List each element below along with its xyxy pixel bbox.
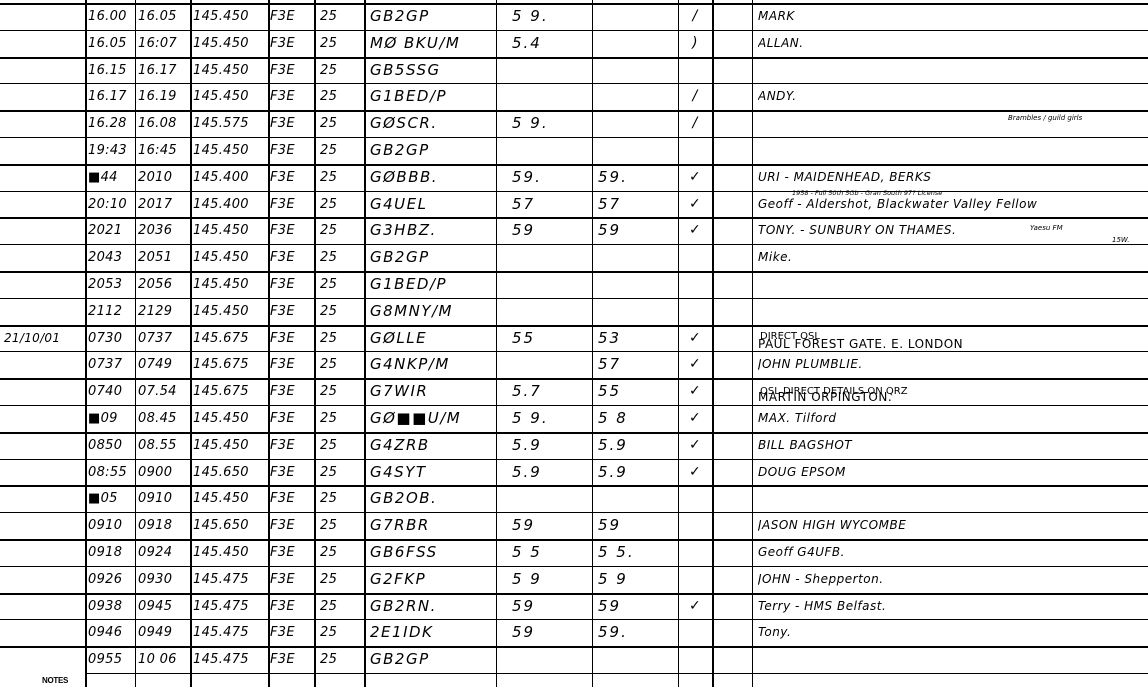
rst-sent: 59 bbox=[512, 217, 582, 244]
rst-received: 55 bbox=[598, 378, 668, 405]
table-row: 16.0016.05145.450F3E25GB2GP5 9./MARK bbox=[0, 3, 1148, 30]
qsl-mark: ✓ bbox=[680, 217, 710, 244]
remarks: JASON HIGH WYCOMBE bbox=[758, 512, 1146, 539]
time-off: 16.19 bbox=[138, 83, 190, 110]
log-date bbox=[4, 30, 82, 57]
time-off: 2036 bbox=[138, 217, 190, 244]
log-date bbox=[4, 512, 82, 539]
rst-sent: 59 bbox=[512, 619, 582, 646]
log-date: 21/10/01 bbox=[4, 325, 82, 352]
qsl-mark: ✓ bbox=[680, 459, 710, 486]
qsl-mark: ✓ bbox=[680, 351, 710, 378]
callsign: G7WIR bbox=[370, 378, 500, 405]
table-row: ■442010145.400F3E25GØBBB.59.59.✓URI - MA… bbox=[0, 164, 1148, 191]
remarks bbox=[758, 298, 1146, 325]
remarks: Geoff G4UFB. bbox=[758, 539, 1146, 566]
callsign: GB2OB. bbox=[370, 485, 500, 512]
callsign: G2FKP bbox=[370, 566, 500, 593]
log-date bbox=[4, 83, 82, 110]
callsign: GØLLE bbox=[370, 325, 500, 352]
log-date bbox=[4, 271, 82, 298]
table-row: 074007.54145.675F3E25G7WIR5.755✓MARTIN O… bbox=[0, 378, 1148, 405]
power: 25 bbox=[320, 539, 360, 566]
power: 25 bbox=[320, 57, 360, 84]
log-date bbox=[4, 485, 82, 512]
rst-sent: 59 bbox=[512, 512, 582, 539]
table-row: 08:550900145.650F3E25G4SYT5.95.9✓DOUG EP… bbox=[0, 459, 1148, 486]
callsign: GB2GP bbox=[370, 646, 500, 673]
frequency: 145.450 bbox=[193, 30, 263, 57]
remarks: MAX. Tilford bbox=[758, 405, 1146, 432]
log-date bbox=[4, 298, 82, 325]
table-row: 21/10/0107300737145.675F3E25GØLLE5553✓PA… bbox=[0, 325, 1148, 352]
log-date bbox=[4, 137, 82, 164]
time-off: 16.17 bbox=[138, 57, 190, 84]
mode: F3E bbox=[270, 378, 310, 405]
time-on: 0938 bbox=[88, 593, 136, 620]
table-row: 09180924145.450F3E25GB6FSS5 55 5.Geoff G… bbox=[0, 539, 1148, 566]
rst-received: 5 5. bbox=[598, 539, 668, 566]
callsign: GB2GP bbox=[370, 137, 500, 164]
power: 25 bbox=[320, 164, 360, 191]
remarks: Tony. bbox=[758, 619, 1146, 646]
frequency: 145.450 bbox=[193, 298, 263, 325]
log-date bbox=[4, 539, 82, 566]
annotation-direct-qsl: DIRECT QSL bbox=[760, 331, 820, 342]
rst-sent: 59. bbox=[512, 164, 582, 191]
frequency: 145.450 bbox=[193, 217, 263, 244]
power: 25 bbox=[320, 3, 360, 30]
mode: F3E bbox=[270, 30, 310, 57]
time-off: 16:45 bbox=[138, 137, 190, 164]
rst-received bbox=[598, 244, 668, 271]
frequency: 145.450 bbox=[193, 271, 263, 298]
time-on: 0910 bbox=[88, 512, 136, 539]
qsl-mark bbox=[680, 271, 710, 298]
rst-sent bbox=[512, 83, 582, 110]
mode: F3E bbox=[270, 57, 310, 84]
mode: F3E bbox=[270, 593, 310, 620]
qsl-mark bbox=[680, 566, 710, 593]
callsign: 2E1IDK bbox=[370, 619, 500, 646]
frequency: 145.650 bbox=[193, 512, 263, 539]
power: 25 bbox=[320, 83, 360, 110]
log-date bbox=[4, 244, 82, 271]
mode: F3E bbox=[270, 619, 310, 646]
remarks: MARK bbox=[758, 3, 1146, 30]
time-on: 16.05 bbox=[88, 30, 136, 57]
table-row: ■050910145.450F3E25GB2OB. bbox=[0, 485, 1148, 512]
remarks: BILL BAGSHOT bbox=[758, 432, 1146, 459]
callsign: G1BED/P bbox=[370, 83, 500, 110]
mode: F3E bbox=[270, 405, 310, 432]
mode: F3E bbox=[270, 191, 310, 218]
time-off: 0749 bbox=[138, 351, 190, 378]
rst-sent bbox=[512, 244, 582, 271]
time-on: 0946 bbox=[88, 619, 136, 646]
table-row: 09460949145.475F3E252E1IDK5959.Tony. bbox=[0, 619, 1148, 646]
power: 25 bbox=[320, 619, 360, 646]
power: 25 bbox=[320, 325, 360, 352]
frequency: 145.400 bbox=[193, 191, 263, 218]
rst-sent: 5 5 bbox=[512, 539, 582, 566]
table-row: 09380945145.475F3E25GB2RN.5959✓Terry - H… bbox=[0, 593, 1148, 620]
time-off: 2010 bbox=[138, 164, 190, 191]
power: 25 bbox=[320, 110, 360, 137]
annotation-qsl-details: QSL DIRECT DETAILS ON QRZ bbox=[760, 386, 908, 397]
time-on: 0955 bbox=[88, 646, 136, 673]
mode: F3E bbox=[270, 459, 310, 486]
mode: F3E bbox=[270, 3, 310, 30]
mode: F3E bbox=[270, 244, 310, 271]
log-date bbox=[4, 646, 82, 673]
time-off: 2051 bbox=[138, 244, 190, 271]
table-row: 20432051145.450F3E25GB2GPMike. bbox=[0, 244, 1148, 271]
log-date bbox=[4, 3, 82, 30]
table-row: 095510 06145.475F3E25GB2GP bbox=[0, 646, 1148, 673]
power: 25 bbox=[320, 351, 360, 378]
frequency: 145.400 bbox=[193, 164, 263, 191]
callsign: GB2RN. bbox=[370, 593, 500, 620]
callsign: G4ZRB bbox=[370, 432, 500, 459]
time-on: 2053 bbox=[88, 271, 136, 298]
rst-received bbox=[598, 57, 668, 84]
callsign: GØ■■U/M bbox=[370, 405, 500, 432]
mode: F3E bbox=[270, 646, 310, 673]
qsl-mark: ✓ bbox=[680, 191, 710, 218]
remarks: URI - MAIDENHEAD, BERKS bbox=[758, 164, 1146, 191]
mode: F3E bbox=[270, 351, 310, 378]
power: 25 bbox=[320, 566, 360, 593]
callsign: GØSCR. bbox=[370, 110, 500, 137]
rst-sent: 5 9. bbox=[512, 405, 582, 432]
power: 25 bbox=[320, 271, 360, 298]
log-date bbox=[4, 459, 82, 486]
time-off: 0924 bbox=[138, 539, 190, 566]
power: 25 bbox=[320, 593, 360, 620]
callsign: GB2GP bbox=[370, 244, 500, 271]
time-off: 0910 bbox=[138, 485, 190, 512]
frequency: 145.675 bbox=[193, 351, 263, 378]
mode: F3E bbox=[270, 512, 310, 539]
time-off: 2056 bbox=[138, 271, 190, 298]
time-off: 16:07 bbox=[138, 30, 190, 57]
rst-sent bbox=[512, 646, 582, 673]
rst-received: 59 bbox=[598, 217, 668, 244]
time-off: 0949 bbox=[138, 619, 190, 646]
table-row: 16.0516:07145.450F3E25MØ BKU/M5.4)ALLAN. bbox=[0, 30, 1148, 57]
remarks bbox=[758, 137, 1146, 164]
table-row: 16.1516.17145.450F3E25GB5SSG bbox=[0, 57, 1148, 84]
table-row: ■0908.45145.450F3E25GØ■■U/M5 9.5 8✓MAX. … bbox=[0, 405, 1148, 432]
rst-received: 5 9 bbox=[598, 566, 668, 593]
frequency: 145.450 bbox=[193, 3, 263, 30]
rst-received: 59. bbox=[598, 619, 668, 646]
time-on: 16.28 bbox=[88, 110, 136, 137]
rst-received: 59 bbox=[598, 593, 668, 620]
annotation-license: 1958 - Full 50th 5Gb - Gran South 97? Li… bbox=[792, 189, 942, 197]
qsl-mark: ) bbox=[680, 30, 710, 57]
log-date bbox=[4, 191, 82, 218]
time-on: 16.00 bbox=[88, 3, 136, 30]
rst-sent bbox=[512, 271, 582, 298]
frequency: 145.450 bbox=[193, 432, 263, 459]
time-on: 0740 bbox=[88, 378, 136, 405]
rst-received: 5.9 bbox=[598, 432, 668, 459]
frequency: 145.575 bbox=[193, 110, 263, 137]
mode: F3E bbox=[270, 432, 310, 459]
power: 25 bbox=[320, 298, 360, 325]
remarks: DOUG EPSOM bbox=[758, 459, 1146, 486]
power: 25 bbox=[320, 191, 360, 218]
callsign: GB6FSS bbox=[370, 539, 500, 566]
remarks bbox=[758, 646, 1146, 673]
table-row: 20212036145.450F3E25G3HBZ.5959✓TONY. - S… bbox=[0, 217, 1148, 244]
time-on: 2112 bbox=[88, 298, 136, 325]
frequency: 145.475 bbox=[193, 619, 263, 646]
remarks: Terry - HMS Belfast. bbox=[758, 593, 1146, 620]
time-off: 0900 bbox=[138, 459, 190, 486]
rst-received bbox=[598, 485, 668, 512]
time-off: 2017 bbox=[138, 191, 190, 218]
time-on: 19:43 bbox=[88, 137, 136, 164]
mode: F3E bbox=[270, 137, 310, 164]
rst-received: 57 bbox=[598, 351, 668, 378]
time-off: 08.55 bbox=[138, 432, 190, 459]
callsign: GØBBB. bbox=[370, 164, 500, 191]
rst-sent: 5 9 bbox=[512, 566, 582, 593]
rst-sent: 57 bbox=[512, 191, 582, 218]
frequency: 145.450 bbox=[193, 405, 263, 432]
power: 25 bbox=[320, 137, 360, 164]
callsign: G7RBR bbox=[370, 512, 500, 539]
rst-received: 5.9 bbox=[598, 459, 668, 486]
table-row: 20532056145.450F3E25G1BED/P bbox=[0, 271, 1148, 298]
log-date bbox=[4, 405, 82, 432]
power: 25 bbox=[320, 459, 360, 486]
table-row: 16.2816.08145.575F3E25GØSCR.5 9./ bbox=[0, 110, 1148, 137]
qsl-mark bbox=[680, 512, 710, 539]
time-off: 0945 bbox=[138, 593, 190, 620]
qsl-mark: / bbox=[680, 83, 710, 110]
rst-sent: 59 bbox=[512, 593, 582, 620]
log-date bbox=[4, 110, 82, 137]
time-on: ■09 bbox=[88, 405, 136, 432]
callsign: MØ BKU/M bbox=[370, 30, 500, 57]
time-on: 0730 bbox=[88, 325, 136, 352]
time-on: 0850 bbox=[88, 432, 136, 459]
qsl-mark: ✓ bbox=[680, 593, 710, 620]
table-row: 09260930145.475F3E25G2FKP5 95 9JOHN - Sh… bbox=[0, 566, 1148, 593]
log-date bbox=[4, 619, 82, 646]
time-off: 08.45 bbox=[138, 405, 190, 432]
qsl-mark bbox=[680, 485, 710, 512]
time-off: 0930 bbox=[138, 566, 190, 593]
time-off: 0918 bbox=[138, 512, 190, 539]
annotation-radio: Yaesu FM bbox=[1030, 224, 1063, 232]
rst-received bbox=[598, 30, 668, 57]
power: 25 bbox=[320, 512, 360, 539]
table-row: 21122129145.450F3E25G8MNY/M bbox=[0, 298, 1148, 325]
table-row: 085008.55145.450F3E25G4ZRB5.95.9✓BILL BA… bbox=[0, 432, 1148, 459]
qsl-mark: ✓ bbox=[680, 432, 710, 459]
table-row: 19:4316:45145.450F3E25GB2GP bbox=[0, 137, 1148, 164]
callsign: G1BED/P bbox=[370, 271, 500, 298]
time-off: 07.54 bbox=[138, 378, 190, 405]
time-on: 2021 bbox=[88, 217, 136, 244]
rst-received: 57 bbox=[598, 191, 668, 218]
remarks: ALLAN. bbox=[758, 30, 1146, 57]
qsl-mark: ✓ bbox=[680, 164, 710, 191]
rst-sent: 55 bbox=[512, 325, 582, 352]
log-date bbox=[4, 378, 82, 405]
qsl-mark bbox=[680, 619, 710, 646]
mode: F3E bbox=[270, 325, 310, 352]
frequency: 145.650 bbox=[193, 459, 263, 486]
rst-sent bbox=[512, 137, 582, 164]
rst-received: 59 bbox=[598, 512, 668, 539]
time-on: ■05 bbox=[88, 485, 136, 512]
time-on: 20:10 bbox=[88, 191, 136, 218]
remarks bbox=[758, 110, 1146, 137]
rst-sent bbox=[512, 485, 582, 512]
table-row: 16.1716.19145.450F3E25G1BED/P/ANDY. bbox=[0, 83, 1148, 110]
mode: F3E bbox=[270, 110, 310, 137]
annotation-brambles: Brambles / guild girls bbox=[1008, 114, 1082, 122]
notes-label: NOTES bbox=[42, 676, 68, 685]
qsl-mark bbox=[680, 57, 710, 84]
frequency: 145.450 bbox=[193, 244, 263, 271]
log-date bbox=[4, 164, 82, 191]
log-date bbox=[4, 566, 82, 593]
logbook-page: 16.0016.05145.450F3E25GB2GP5 9./MARK16.0… bbox=[0, 0, 1148, 689]
power: 25 bbox=[320, 378, 360, 405]
time-off: 0737 bbox=[138, 325, 190, 352]
frequency: 145.475 bbox=[193, 566, 263, 593]
time-on: 0926 bbox=[88, 566, 136, 593]
mode: F3E bbox=[270, 298, 310, 325]
power: 25 bbox=[320, 30, 360, 57]
power: 25 bbox=[320, 217, 360, 244]
power: 25 bbox=[320, 485, 360, 512]
time-on: 16.17 bbox=[88, 83, 136, 110]
callsign: GB2GP bbox=[370, 3, 500, 30]
mode: F3E bbox=[270, 164, 310, 191]
log-date bbox=[4, 432, 82, 459]
qsl-mark: ✓ bbox=[680, 378, 710, 405]
rst-received bbox=[598, 646, 668, 673]
power: 25 bbox=[320, 244, 360, 271]
remarks: ANDY. bbox=[758, 83, 1146, 110]
log-date bbox=[4, 57, 82, 84]
rst-sent: 5.9 bbox=[512, 459, 582, 486]
rst-sent bbox=[512, 298, 582, 325]
mode: F3E bbox=[270, 566, 310, 593]
power: 25 bbox=[320, 405, 360, 432]
table-row: 09100918145.650F3E25G7RBR5959JASON HIGH … bbox=[0, 512, 1148, 539]
time-on: 2043 bbox=[88, 244, 136, 271]
qsl-mark: ✓ bbox=[680, 325, 710, 352]
mode: F3E bbox=[270, 539, 310, 566]
frequency: 145.675 bbox=[193, 378, 263, 405]
rst-received bbox=[598, 110, 668, 137]
remarks bbox=[758, 57, 1146, 84]
time-on: 16.15 bbox=[88, 57, 136, 84]
frequency: 145.475 bbox=[193, 646, 263, 673]
mode: F3E bbox=[270, 271, 310, 298]
log-date bbox=[4, 217, 82, 244]
time-on: 08:55 bbox=[88, 459, 136, 486]
rst-received bbox=[598, 83, 668, 110]
remarks: JOHN - Shepperton. bbox=[758, 566, 1146, 593]
log-date bbox=[4, 351, 82, 378]
rst-sent: 5.7 bbox=[512, 378, 582, 405]
qsl-mark bbox=[680, 137, 710, 164]
rst-sent: 5.4 bbox=[512, 30, 582, 57]
frequency: 145.450 bbox=[193, 83, 263, 110]
time-on: 0737 bbox=[88, 351, 136, 378]
rst-sent bbox=[512, 351, 582, 378]
rst-sent: 5 9. bbox=[512, 110, 582, 137]
time-off: 16.05 bbox=[138, 3, 190, 30]
rst-received bbox=[598, 271, 668, 298]
qsl-mark: / bbox=[680, 3, 710, 30]
time-off: 16.08 bbox=[138, 110, 190, 137]
callsign: G8MNY/M bbox=[370, 298, 500, 325]
qsl-mark bbox=[680, 646, 710, 673]
rst-received bbox=[598, 137, 668, 164]
frequency: 145.450 bbox=[193, 485, 263, 512]
qsl-mark: ✓ bbox=[680, 405, 710, 432]
qsl-mark bbox=[680, 244, 710, 271]
remarks: TONY. - SUNBURY ON THAMES. bbox=[758, 217, 1146, 244]
power: 25 bbox=[320, 646, 360, 673]
remarks: JOHN PLUMBLIE. bbox=[758, 351, 1146, 378]
callsign: G3HBZ. bbox=[370, 217, 500, 244]
power: 25 bbox=[320, 432, 360, 459]
time-on: ■44 bbox=[88, 164, 136, 191]
callsign: G4UEL bbox=[370, 191, 500, 218]
rst-received: 53 bbox=[598, 325, 668, 352]
rst-sent: 5 9. bbox=[512, 3, 582, 30]
mode: F3E bbox=[270, 83, 310, 110]
rst-sent: 5.9 bbox=[512, 432, 582, 459]
callsign: GB5SSG bbox=[370, 57, 500, 84]
callsign: G4SYT bbox=[370, 459, 500, 486]
remarks bbox=[758, 271, 1146, 298]
callsign: G4NKP/M bbox=[370, 351, 500, 378]
mode: F3E bbox=[270, 485, 310, 512]
table-row: 07370749145.675F3E25G4NKP/M57✓JOHN PLUMB… bbox=[0, 351, 1148, 378]
table-row: 20:102017145.400F3E25G4UEL5757✓Geoff - A… bbox=[0, 191, 1148, 218]
frequency: 145.450 bbox=[193, 137, 263, 164]
remarks bbox=[758, 485, 1146, 512]
frequency: 145.475 bbox=[193, 593, 263, 620]
rst-received bbox=[598, 3, 668, 30]
frequency: 145.450 bbox=[193, 57, 263, 84]
time-on: 0918 bbox=[88, 539, 136, 566]
time-off: 2129 bbox=[138, 298, 190, 325]
qsl-mark bbox=[680, 539, 710, 566]
rst-received: 5 8 bbox=[598, 405, 668, 432]
time-off: 10 06 bbox=[138, 646, 190, 673]
qsl-mark: / bbox=[680, 110, 710, 137]
rst-received: 59. bbox=[598, 164, 668, 191]
frequency: 145.675 bbox=[193, 325, 263, 352]
annotation-power: 15W. bbox=[1112, 236, 1129, 244]
qsl-mark bbox=[680, 298, 710, 325]
remarks: Mike. bbox=[758, 244, 1146, 271]
